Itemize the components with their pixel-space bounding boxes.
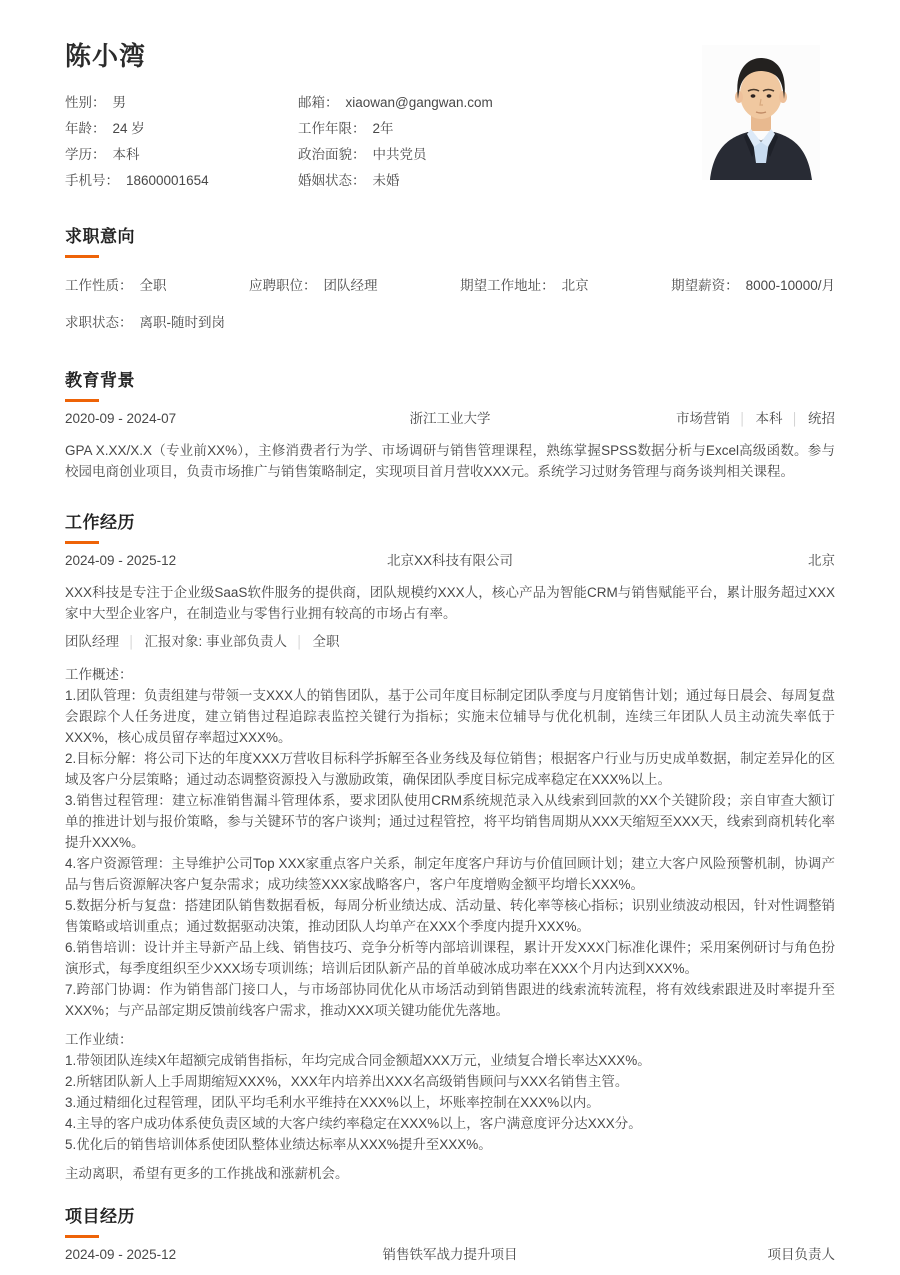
accent-underline <box>65 541 99 544</box>
info-gender: 性别：男 <box>65 96 298 110</box>
field-value: 团队经理 <box>324 278 378 293</box>
achievements-heading: 工作业绩： <box>65 1029 835 1050</box>
achievement-item: 5.优化后的销售培训体系使团队整体业绩达标率从XXX%提升至XXX%。 <box>65 1134 835 1155</box>
field-label: 期望薪资： <box>671 278 739 293</box>
overview-item: 2.目标分解：将公司下达的年度XXX万营收目标科学拆解至各业务线及每位销售；根据… <box>65 748 835 790</box>
info-label: 工作年限： <box>298 121 366 136</box>
info-value: 男 <box>113 95 127 110</box>
info-label: 年龄： <box>65 121 106 136</box>
target-position: 应聘职位：团队经理 <box>249 279 378 293</box>
position-tags: 团队经理│汇报对象: 事业部负责人│全职 <box>65 635 835 649</box>
info-value: 18600001654 <box>126 173 209 188</box>
section-title: 项目经历 <box>65 1206 835 1228</box>
info-phone: 手机号：18600001654 <box>65 174 298 188</box>
company-name: 北京XX科技有限公司 <box>387 554 513 568</box>
field-value: 北京 <box>562 278 589 293</box>
position-tag: 全职 <box>313 634 340 649</box>
field-label: 期望工作地址： <box>460 278 555 293</box>
work-experience-row: 2024-09 - 2025-12 北京XX科技有限公司 北京 <box>65 554 835 568</box>
company-intro: XXX科技是专注于企业级SaaS软件服务的提供商，团队规模约XXX人，核心产品为… <box>65 582 835 624</box>
info-label: 性别： <box>65 95 106 110</box>
overview-item: 5.数据分析与复盘：搭建团队销售数据看板，每周分析业绩达成、活动量、转化率等核心… <box>65 895 835 937</box>
field-value: 全职 <box>140 278 167 293</box>
education-tag: 统招 <box>808 411 835 426</box>
achievement-item: 3.通过精细化过程管理，团队平均毛利水平维持在XXX%以上，坏账率控制在XXX%… <box>65 1092 835 1113</box>
applicant-photo <box>702 45 820 180</box>
info-value: xiaowan@gangwan.com <box>346 95 493 110</box>
info-label: 婚姻状态： <box>298 173 366 188</box>
achievement-item: 4.主导的客户成功体系使负责区域的大客户续约率稳定在XXX%以上，客户满意度评分… <box>65 1113 835 1134</box>
project-name: 销售铁军战力提升项目 <box>383 1248 518 1262</box>
separator: │ <box>287 635 313 649</box>
overview-item: 4.客户资源管理：主导维护公司Top XXX家重点客户关系，制定年度客户拜访与价… <box>65 853 835 895</box>
education-tag: 本科 <box>756 411 783 426</box>
accent-underline <box>65 1235 99 1238</box>
section-project-experience: 项目经历 2024-09 - 2025-12 销售铁军战力提升项目 项目负责人 <box>65 1206 835 1262</box>
field-value: 离职-随时到岗 <box>140 315 226 330</box>
overview-list: 1.团队管理：负责组建与带领一支XXX人的销售团队，基于公司年度目标制定团队季度… <box>65 685 835 1021</box>
position-tag: 汇报对象: 事业部负责人 <box>145 634 288 649</box>
target-location: 期望工作地址：北京 <box>460 279 589 293</box>
separator: │ <box>119 635 145 649</box>
accent-underline <box>65 399 99 402</box>
section-work-experience: 工作经历 2024-09 - 2025-12 北京XX科技有限公司 北京 XXX… <box>65 512 835 1184</box>
resume-page: 陈小湾 性别：男 邮箱：xiaowan@gangwan.com 年龄：24 岁 … <box>0 0 900 1275</box>
overview-heading: 工作概述： <box>65 664 835 685</box>
overview-item: 7.跨部门协调：作为销售部门接口人，与市场部协同优化从市场活动到销售跟进的线索流… <box>65 979 835 1021</box>
field-label: 工作性质： <box>65 278 133 293</box>
work-achievements: 工作业绩： 1.带领团队连续X年超额完成销售指标，年均完成合同金额超XXX万元，… <box>65 1029 835 1155</box>
portrait-illustration <box>702 45 820 180</box>
field-label: 应聘职位： <box>249 278 317 293</box>
leaving-note: 主动离职，希望有更多的工作挑战和涨薪机会。 <box>65 1163 835 1184</box>
info-value: 本科 <box>113 147 140 162</box>
info-value: 24 岁 <box>113 121 145 136</box>
achievement-item: 1.带领团队连续X年超额完成销售指标，年均完成合同金额超XXX万元，业绩复合增长… <box>65 1050 835 1071</box>
education-period: 2020-09 - 2024-07 <box>65 412 410 426</box>
info-label: 政治面貌： <box>298 147 366 162</box>
job-intention-row: 工作性质：全职 应聘职位：团队经理 期望工作地址：北京 期望薪资：8000-10… <box>65 279 835 293</box>
info-value: 未婚 <box>373 173 400 188</box>
position-tag: 团队经理 <box>65 634 119 649</box>
section-job-intention: 求职意向 工作性质：全职 应聘职位：团队经理 期望工作地址：北京 期望薪资：80… <box>65 226 835 330</box>
job-seeking-status: 求职状态：离职-随时到岗 <box>65 316 835 330</box>
project-role: 项目负责人 <box>518 1248 836 1262</box>
info-label: 学历： <box>65 147 106 162</box>
info-label: 邮箱： <box>298 95 339 110</box>
section-title: 求职意向 <box>65 226 835 248</box>
separator: │ <box>783 412 809 426</box>
overview-item: 1.团队管理：负责组建与带领一支XXX人的销售团队，基于公司年度目标制定团队季度… <box>65 685 835 748</box>
work-overview: 工作概述： 1.团队管理：负责组建与带领一支XXX人的销售团队，基于公司年度目标… <box>65 664 835 1021</box>
school-name: 浙江工业大学 <box>410 412 491 426</box>
separator: │ <box>730 412 756 426</box>
education-tag: 市场营销 <box>676 411 730 426</box>
education-tags: 市场营销│本科│统招 <box>491 412 836 426</box>
field-label: 求职状态： <box>65 315 133 330</box>
job-nature: 工作性质：全职 <box>65 279 167 293</box>
work-location: 北京 <box>513 554 835 568</box>
achievement-item: 2.所辖团队新人上手周期缩短XXX%，XXX年内培养出XXX名高级销售顾问与XX… <box>65 1071 835 1092</box>
section-education: 教育背景 2020-09 - 2024-07 浙江工业大学 市场营销│本科│统招… <box>65 370 835 482</box>
project-period: 2024-09 - 2025-12 <box>65 1248 383 1262</box>
info-label: 手机号： <box>65 173 119 188</box>
education-row: 2020-09 - 2024-07 浙江工业大学 市场营销│本科│统招 <box>65 412 835 426</box>
expected-salary: 期望薪资：8000-10000/月 <box>671 279 835 293</box>
overview-item: 3.销售过程管理：建立标准销售漏斗管理体系，要求团队使用CRM系统规范录入从线索… <box>65 790 835 853</box>
accent-underline <box>65 255 99 258</box>
field-value: 8000-10000/月 <box>746 278 835 293</box>
overview-item: 6.销售培训：设计并主导新产品上线、销售技巧、竞争分析等内部培训课程，累计开发X… <box>65 937 835 979</box>
section-title: 教育背景 <box>65 370 835 392</box>
info-value: 中共党员 <box>373 147 427 162</box>
info-value: 2年 <box>373 121 394 136</box>
work-period: 2024-09 - 2025-12 <box>65 554 387 568</box>
achievement-list: 1.带领团队连续X年超额完成销售指标，年均完成合同金额超XXX万元，业绩复合增长… <box>65 1050 835 1155</box>
education-description: GPA X.XX/X.X（专业前XX%），主修消费者行为学、市场调研与销售管理课… <box>65 440 835 482</box>
project-row: 2024-09 - 2025-12 销售铁军战力提升项目 项目负责人 <box>65 1248 835 1262</box>
info-degree: 学历：本科 <box>65 148 298 162</box>
info-age: 年龄：24 岁 <box>65 122 298 136</box>
section-title: 工作经历 <box>65 512 835 534</box>
